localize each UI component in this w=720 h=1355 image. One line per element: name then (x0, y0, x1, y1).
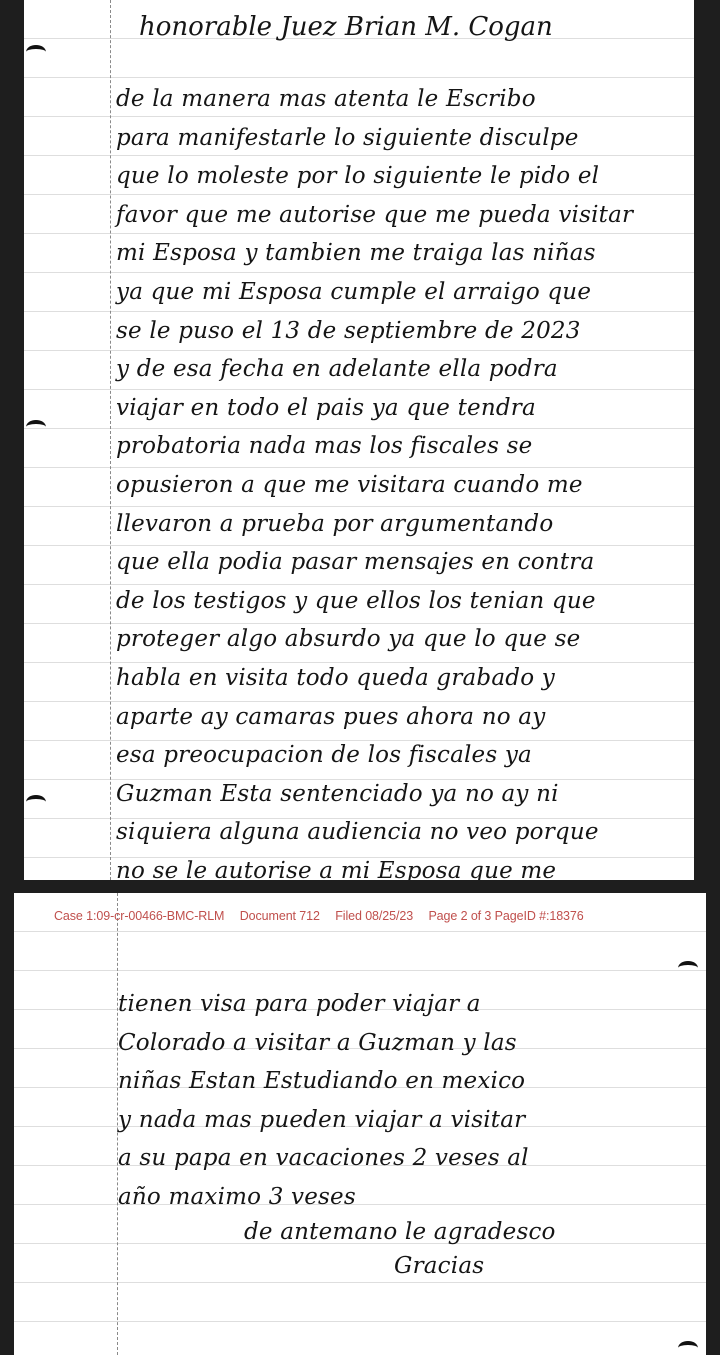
letter-body-page-2: tienen visa para poder viajar a Colorado… (118, 985, 529, 1217)
text-line: tienen visa para poder viajar a (118, 985, 529, 1024)
closing-line: de antemano le agradesco (244, 1215, 556, 1249)
text-line: no se le autorise a mi Esposa que me (116, 852, 633, 880)
text-line: siquiera alguna audiencia no veo porque (116, 813, 633, 852)
letter-salutation: honorable Juez Brian M. Cogan (139, 12, 553, 42)
text-line: y nada mas pueden viajar a visitar (118, 1101, 529, 1140)
text-line: a su papa en vacaciones 2 veses al (118, 1139, 529, 1178)
case-filing-header: Case 1:09-cr-00466-BMC-RLM Document 712 … (54, 909, 596, 923)
binder-hole-mark-icon (678, 961, 698, 975)
binder-hole-mark-icon (26, 795, 46, 809)
letter-page-1: honorable Juez Brian M. Cogan de la mane… (24, 0, 694, 880)
text-line: que lo moleste por lo siguiente le pido … (116, 157, 633, 196)
text-line: llevaron a prueba por argumentando (116, 505, 633, 544)
text-line: ya que mi Esposa cumple el arraigo que (116, 273, 633, 312)
filed-date: Filed 08/25/23 (335, 909, 413, 923)
text-line: y de esa fecha en adelante ella podra (116, 350, 633, 389)
text-line: favor que me autorise que me pueda visit… (116, 196, 633, 235)
page-id: Page 2 of 3 PageID #:18376 (428, 909, 583, 923)
case-number: Case 1:09-cr-00466-BMC-RLM (54, 909, 224, 923)
text-line: esa preocupacion de los fiscales ya (116, 736, 633, 775)
text-line: niñas Estan Estudiando en mexico (118, 1062, 529, 1101)
text-line: Guzman Esta sentenciado ya no ay ni (116, 775, 633, 814)
text-line: proteger algo absurdo ya que lo que se (116, 620, 633, 659)
text-line: para manifestarle lo siguiente disculpe (116, 119, 633, 158)
text-line: probatoria nada mas los fiscales se (116, 427, 633, 466)
text-line: año maximo 3 veses (118, 1178, 529, 1217)
text-line: viajar en todo el pais ya que tendra (116, 389, 633, 428)
text-line: Colorado a visitar a Guzman y las (118, 1024, 529, 1063)
text-line: de los testigos y que ellos los tenian q… (116, 582, 633, 621)
margin-line (110, 0, 111, 880)
binder-hole-mark-icon (26, 45, 46, 59)
text-line: que ella podia pasar mensajes en contra (116, 543, 633, 582)
text-line: aparte ay camaras pues ahora no ay (116, 698, 633, 737)
text-line: mi Esposa y tambien me traiga las niñas (116, 234, 633, 273)
binder-hole-mark-icon (26, 420, 46, 434)
letter-page-2: Case 1:09-cr-00466-BMC-RLM Document 712 … (14, 893, 706, 1355)
text-line: de la manera mas atenta le Escribo (116, 80, 633, 119)
letter-body-page-1: de la manera mas atenta le Escribo para … (116, 80, 633, 880)
letter-closing: de antemano le agradesco Gracias (244, 1215, 556, 1283)
binder-hole-mark-icon (678, 1341, 698, 1355)
signoff: Gracias (244, 1249, 556, 1283)
document-number: Document 712 (240, 909, 320, 923)
text-line: habla en visita todo queda grabado y (116, 659, 633, 698)
text-line: opusieron a que me visitara cuando me (116, 466, 633, 505)
text-line: se le puso el 13 de septiembre de 2023 (116, 312, 633, 351)
